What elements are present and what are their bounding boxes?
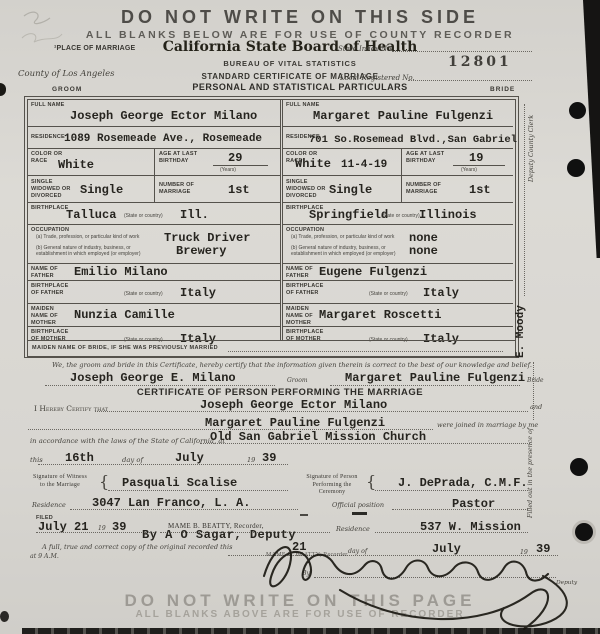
state-index-label: State Index No. [338, 45, 393, 53]
punch-hole [567, 159, 585, 177]
groom-residence: 1089 Rosemeade Ave., Rosemeade [64, 134, 262, 145]
margin-rule-lower [533, 362, 534, 420]
official-position-label: Official position [332, 502, 384, 510]
groom-father-row: NAME OF FATHER Emilio Milano [28, 264, 280, 281]
father-label: NAME OF FATHER [31, 266, 67, 280]
groom-full-name: Joseph George Ector Milano [70, 110, 257, 122]
father-label: NAME OF FATHER [286, 266, 322, 280]
maiden-name-row: MAIDEN NAME OF BRIDE, IF SHE WAS PREVIOU… [28, 340, 515, 356]
state-index-blank [392, 51, 532, 52]
punch-hole [569, 102, 586, 119]
marriage-month: July [175, 452, 204, 464]
bride-birthplace-city: Springfield [309, 209, 388, 221]
groom-occupation: Truck Driver [164, 232, 250, 244]
county-note: County of Los Angeles [18, 69, 114, 79]
joined-text: were joined in marriage by me [437, 422, 538, 430]
groom-color: White [58, 159, 94, 171]
punch-hole [570, 458, 588, 476]
groom-father-bp-row: BIRTHPLACE OF FATHER (State or country) … [28, 281, 280, 304]
groom-marital-row: SINGLE WIDOWED OR DIVORCED Single NUMBER… [28, 176, 280, 203]
mother-label: MAIDEN NAME OF MOTHER [31, 306, 67, 327]
day-of-word: day of [122, 456, 143, 464]
bride-residence-row: RESIDENCE 701 So.Rosemead Blvd.,San Gabr… [283, 127, 513, 149]
scan-mark-left [0, 83, 6, 96]
performer-section-title: CERTIFICATE OF PERSON PERFORMING THE MAR… [60, 388, 500, 398]
occupation-label: OCCUPATION [31, 227, 69, 234]
marital-label: SINGLE WIDOWED OR DIVORCED [286, 179, 328, 200]
years-note: (Years) [220, 167, 236, 173]
state-or-country-note: (State or country) [369, 291, 408, 297]
and-word: and [530, 404, 542, 412]
laws-text: in accordance with the laws of the State… [30, 437, 225, 445]
performer-label: Signature of Person Performing the Cerem… [300, 474, 364, 497]
groom-signature: Joseph George E. Milano [70, 372, 236, 384]
bride-mother-row: MAIDEN NAME OF MOTHER Margaret Roscetti [283, 304, 513, 327]
couple-statement: We, the groom and bride in this Certific… [52, 362, 532, 370]
bride-father-bp-row: BIRTHPLACE OF FATHER (State or country) … [283, 281, 513, 304]
full-name-label: FULL NAME [286, 102, 319, 109]
groom-occupation-row: OCCUPATION (a) Trade, profession, or par… [28, 225, 280, 264]
groom-industry: Brewery [176, 245, 226, 257]
bride-column: FULL NAME Margaret Pauline Fulgenzi RESI… [283, 100, 513, 350]
this-word: this [30, 456, 43, 464]
copy-statement: A full, true and correct copy of the ori… [42, 544, 233, 552]
witness-label: Signature of Witness to the Marriage [32, 474, 88, 489]
groom-column: FULL NAME Joseph George Ector Milano RES… [28, 100, 280, 350]
top-warning: DO NOT WRITE ON THIS SIDE [0, 8, 600, 26]
certificate-document: DO NOT WRITE ON THIS SIDE ALL BLANKS BEL… [0, 0, 600, 634]
bride-birth-date: 11-4-19 [341, 160, 387, 171]
bride-occupation-row: OCCUPATION (a) Trade, profession, or par… [283, 225, 513, 264]
bride-birthplace-state: Illinois [419, 209, 477, 221]
witness-name: Pasquali Scalise [122, 477, 237, 489]
bride-father-birthplace: Italy [423, 287, 459, 299]
copy-time: at 9 A.M. [30, 553, 59, 560]
groom-color-age-row: COLOR OR RACE White AGE AT LAST BIRTHDAY… [28, 149, 280, 176]
occupation-b-label: (b) General nature of industry, business… [36, 245, 156, 258]
occupation-label: OCCUPATION [286, 227, 324, 234]
groom-mother: Nunzia Camille [74, 309, 175, 321]
clerk-name: E. Moody [516, 305, 527, 358]
brace-glyph: { [99, 472, 109, 491]
bride-birthplace-row: BIRTHPLACE Springfield (State or country… [283, 203, 513, 225]
marital-label: SINGLE WIDOWED OR DIVORCED [31, 179, 73, 200]
bride-tag: Bride [527, 377, 544, 384]
birthplace-label: BIRTHPLACE [31, 205, 68, 212]
state-or-country-note: (State or country) [124, 213, 163, 219]
groom-marital: Single [80, 184, 123, 196]
groom-birthplace-row: BIRTHPLACE Talluca (State or country) Il… [28, 203, 280, 225]
full-name-label: FULL NAME [31, 102, 64, 109]
stray-mark [352, 512, 367, 515]
stray-mark [300, 514, 308, 516]
groom-birthplace-city: Talluca [66, 209, 116, 221]
marriage-day: 16th [65, 452, 94, 464]
bureau-label: BUREAU OF VITAL STATISTICS [180, 60, 400, 68]
form-table: FULL NAME Joseph George Ector Milano RES… [24, 96, 519, 358]
filled-out-note: Filled out in the presence of [527, 428, 535, 518]
certify-groom-name: Joseph George Ector Milano [200, 399, 387, 411]
local-registered-blank [408, 80, 532, 81]
bride-marital: Single [329, 184, 372, 196]
witness-residence-label: Residence [32, 502, 66, 510]
bride-occupation: none [409, 232, 438, 244]
groom-column-label: GROOM [52, 86, 82, 94]
occupation-a-label: (a) Trade, profession, or particular kin… [36, 234, 152, 240]
groom-fullname-row: FULL NAME Joseph George Ector Milano [28, 100, 280, 127]
bride-column-label: BRIDE [490, 86, 515, 94]
bride-father-row: NAME OF FATHER Eugene Fulgenzi [283, 264, 513, 281]
age-label: AGE AT LAST BIRTHDAY [159, 151, 211, 165]
witness-residence: 3047 Lan Franco, L. A. [92, 497, 250, 509]
groom-tag: Groom [287, 377, 308, 384]
occupation-b-label: (b) General nature of industry, business… [291, 245, 399, 258]
form-table-inner: FULL NAME Joseph George Ector Milano RES… [27, 99, 516, 357]
groom-age: 29 [228, 152, 242, 164]
age-label: AGE AT LAST BIRTHDAY [406, 151, 456, 165]
particulars-heading: PERSONAL AND STATISTICAL PARTICULARS [140, 83, 460, 92]
marriage-number-label: NUMBER OF MARRIAGE [159, 182, 207, 196]
bride-color-age-row: COLOR OR RACE White 11-4-19 AGE AT LAST … [283, 149, 513, 176]
groom-marriage-number: 1st [228, 184, 250, 196]
state-or-country-note: (State or country) [124, 291, 163, 297]
brace-glyph: { [366, 472, 376, 491]
bride-fullname-row: FULL NAME Margaret Pauline Fulgenzi [283, 100, 513, 127]
marriage-year: 39 [262, 452, 276, 464]
bride-mother: Margaret Roscetti [319, 309, 441, 321]
certify-bride-name: Margaret Pauline Fulgenzi [205, 417, 385, 429]
groom-father-birthplace: Italy [180, 287, 216, 299]
years-note: (Years) [461, 167, 477, 173]
father-birthplace-label: BIRTHPLACE OF FATHER [286, 283, 330, 297]
groom-mother-row: MAIDEN NAME OF MOTHER Nunzia Camille [28, 304, 280, 327]
registration-number: 12801 [448, 55, 512, 69]
groom-father: Emilio Milano [74, 266, 168, 278]
performer-name: J. DePrada, C.M.F. [398, 477, 528, 489]
maiden-name-label: MAIDEN NAME OF BRIDE, IF SHE WAS PREVIOU… [32, 345, 218, 352]
mother-label: MAIDEN NAME OF MOTHER [286, 306, 322, 327]
groom-residence-row: RESIDENCE 1089 Rosemeade Ave., Rosemeade [28, 127, 280, 149]
groom-birthplace-state: Ill. [180, 209, 209, 221]
margin-rule-upper [524, 104, 525, 296]
marriage-number-label: NUMBER OF MARRIAGE [406, 182, 452, 196]
bride-marital-row: SINGLE WIDOWED OR DIVORCED Single NUMBER… [283, 176, 513, 203]
bride-age: 19 [469, 152, 483, 164]
bride-full-name: Margaret Pauline Fulgenzi [313, 110, 493, 122]
occupation-a-label: (a) Trade, profession, or particular kin… [291, 234, 395, 240]
marriage-place: Old San Gabriel Mission Church [210, 431, 426, 443]
bride-residence: 701 So.Rosemead Blvd.,San Gabriel [309, 135, 517, 146]
residence-label: RESIDENCE [31, 134, 65, 141]
place-of-marriage-label: ¹PLACE OF MARRIAGE [54, 45, 135, 54]
recorder-signature [248, 532, 593, 632]
father-birthplace-label: BIRTHPLACE OF FATHER [31, 283, 75, 297]
deputy-clerk-note: Deputy County Clerk [528, 115, 536, 182]
bride-father: Eugene Fulgenzi [319, 266, 427, 278]
bride-signature: Margaret Pauline Fulgenzi [345, 372, 525, 384]
bride-color: White [295, 158, 331, 170]
bride-marriage-number: 1st [469, 184, 491, 196]
bride-industry: none [409, 245, 438, 257]
state-or-country-note: (State or country) [381, 213, 420, 219]
